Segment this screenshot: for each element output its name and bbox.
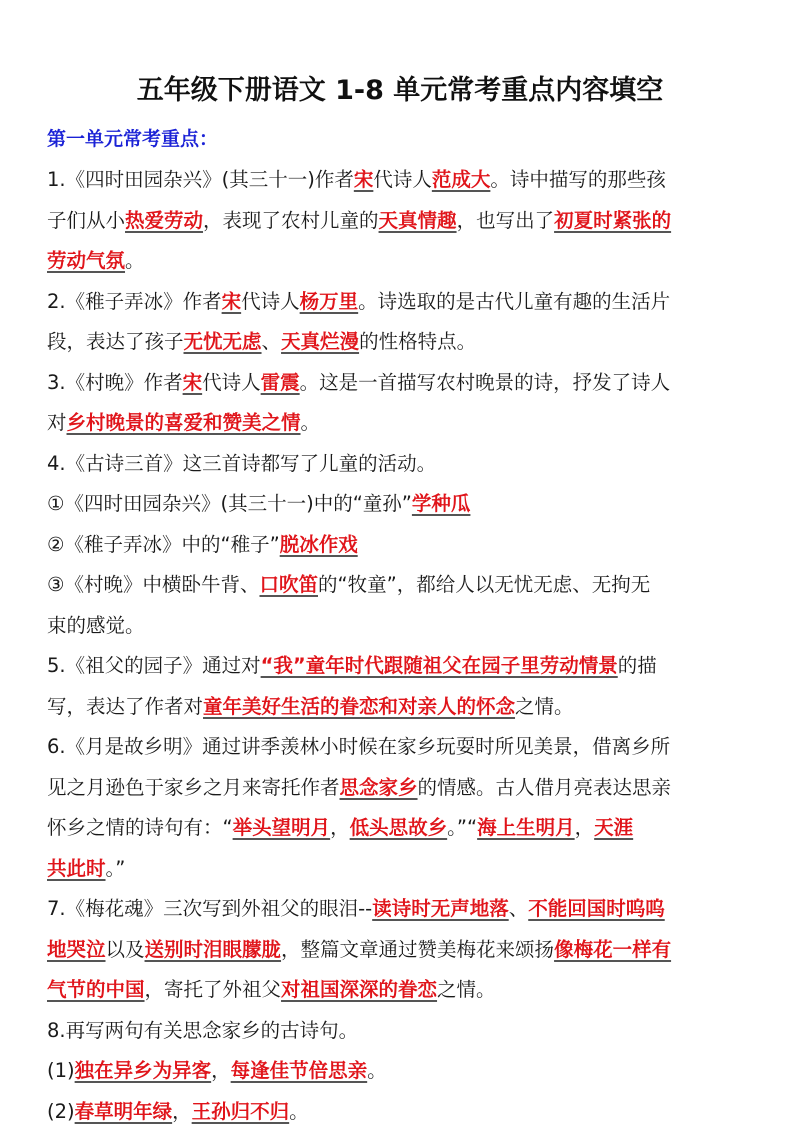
static-text: 6.《月是故乡明》通过讲季羡林小时候在家乡玩耍时所见美景，借离乡所 [47, 735, 670, 758]
static-text: 的“牧童”，都给人以无忧无虑、无拘无 [318, 573, 650, 596]
answer-blank: 天真烂漫 [281, 330, 359, 353]
static-text: 之情。 [515, 695, 574, 718]
static-text: 见之月逊色于家乡之月来寄托作者 [47, 776, 340, 799]
static-text: ， [211, 1059, 231, 1082]
answer-blank: 王孙归不归 [192, 1100, 290, 1123]
static-text: (1) [47, 1059, 75, 1082]
static-text: 1.《四时田园杂兴》(其三十一)作者 [47, 168, 354, 191]
static-text: (2) [47, 1100, 75, 1123]
text-line: 段，表达了孩子无忧无虑、天真烂漫的性格特点。 [47, 322, 757, 363]
answer-blank: 不能回国时呜呜 [528, 897, 665, 920]
answer-blank: 像梅花一样有 [554, 938, 671, 961]
static-text: 。 [289, 1100, 309, 1123]
text-line: 气节的中国，寄托了外祖父对祖国深深的眷恋之情。 [47, 970, 757, 1011]
answer-blank: 思念家乡 [340, 776, 418, 799]
text-line: ③《村晚》中横卧牛背、口吹笛的“牧童”，都给人以无忧无虑、无拘无 [47, 565, 757, 606]
static-text: ， [575, 816, 595, 839]
static-text: 8.再写两句有关思念家乡的古诗句。 [47, 1019, 358, 1042]
answer-blank: 对祖国深深的眷恋 [281, 978, 437, 1001]
answer-blank: 地哭泣 [47, 938, 106, 961]
section-heading-unit-1: 第一单元常考重点： [47, 124, 218, 151]
page-title: 五年级下册语文 1-8 单元常考重点内容填空 [0, 68, 800, 107]
text-line: 5.《祖父的园子》通过对“我”童年时代跟随祖父在园子里劳动情景的描 [47, 646, 757, 687]
static-text: 4.《古诗三首》这三首诗都写了儿童的活动。 [47, 452, 436, 475]
answer-blank: 杨万里 [300, 290, 359, 313]
answer-blank: 天真情趣 [379, 209, 457, 232]
answer-blank: 雷震 [261, 371, 300, 394]
text-line: 子们从小热爱劳动，表现了农村儿童的天真情趣，也写出了初夏时紧张的 [47, 201, 757, 242]
text-line: 8.再写两句有关思念家乡的古诗句。 [47, 1011, 757, 1052]
static-text: 子们从小 [47, 209, 125, 232]
static-text: 。”“ [447, 816, 477, 839]
static-text: ，表现了农村儿童的 [203, 209, 379, 232]
fill-in-content: 1.《四时田园杂兴》(其三十一)作者宋代诗人范成大。诗中描写的那些孩子们从小热爱… [47, 160, 757, 1131]
answer-blank: 独在异乡为异客 [75, 1059, 212, 1082]
static-text: 、 [262, 330, 282, 353]
static-text: ， [172, 1100, 192, 1123]
answer-blank: 宋 [354, 168, 374, 191]
static-text: 。” [106, 857, 126, 880]
static-text: 束的感觉。 [47, 614, 145, 637]
text-line: 7.《梅花魂》三次写到外祖父的眼泪--读诗时无声地落、不能回国时呜呜 [47, 889, 757, 930]
text-line: 见之月逊色于家乡之月来寄托作者思念家乡的情感。古人借月亮表达思亲 [47, 768, 757, 809]
answer-blank: 每逢佳节倍思亲 [231, 1059, 368, 1082]
static-text: ，寄托了外祖父 [145, 978, 282, 1001]
text-line: 3.《村晚》作者宋代诗人雷震。这是一首描写农村晚景的诗，抒发了诗人 [47, 363, 757, 404]
answer-blank: 春草明年绿 [75, 1100, 173, 1123]
static-text: 写，表达了作者对 [47, 695, 203, 718]
static-text: 、 [509, 897, 529, 920]
answer-blank: 范成大 [432, 168, 491, 191]
text-line: 怀乡之情的诗句有：“举头望明月，低头思故乡。”“海上生明月，天涯 [47, 808, 757, 849]
text-line: (2)春草明年绿，王孙归不归。 [47, 1092, 757, 1131]
static-text: 以及 [106, 938, 145, 961]
static-text: 的情感。古人借月亮表达思亲 [418, 776, 672, 799]
static-text: ②《稚子弄冰》中的“稚子” [47, 533, 280, 556]
text-line: 写，表达了作者对童年美好生活的眷恋和对亲人的怀念之情。 [47, 687, 757, 728]
static-text: 之情。 [437, 978, 496, 1001]
text-line: 2.《稚子弄冰》作者宋代诗人杨万里。诗选取的是古代儿童有趣的生活片 [47, 282, 757, 323]
text-line: 6.《月是故乡明》通过讲季羡林小时候在家乡玩耍时所见美景，借离乡所 [47, 727, 757, 768]
answer-blank: 举头望明月 [233, 816, 331, 839]
text-line: 劳动气氛。 [47, 241, 757, 282]
answer-blank: 读诗时无声地落 [372, 897, 509, 920]
static-text: 代诗人 [241, 290, 300, 313]
text-line: ①《四时田园杂兴》(其三十一)中的“童孙”学种瓜 [47, 484, 757, 525]
answer-blank: 童年美好生活的眷恋和对亲人的怀念 [203, 695, 515, 718]
answer-blank: 宋 [222, 290, 242, 313]
static-text: 代诗人 [202, 371, 261, 394]
static-text: 怀乡之情的诗句有：“ [47, 816, 233, 839]
answer-blank: 共此时 [47, 857, 106, 880]
answer-blank: 口吹笛 [259, 573, 318, 596]
answer-blank: “我”童年时代跟随祖父在园子里劳动情景 [261, 654, 618, 677]
answer-blank: 海上生明月 [477, 816, 575, 839]
answer-blank: 气节的中国 [47, 978, 145, 1001]
text-line: 对乡村晚景的喜爱和赞美之情。 [47, 403, 757, 444]
static-text: 。诗中描写的那些孩 [490, 168, 666, 191]
static-text: ，整篇文章通过赞美梅花来颂扬 [281, 938, 554, 961]
static-text: 段，表达了孩子 [47, 330, 184, 353]
static-text: 3.《村晚》作者 [47, 371, 183, 394]
static-text: 2.《稚子弄冰》作者 [47, 290, 222, 313]
answer-blank: 送别时泪眼朦胧 [145, 938, 282, 961]
static-text: 代诗人 [373, 168, 432, 191]
answer-blank: 低头思故乡 [350, 816, 448, 839]
text-line: 束的感觉。 [47, 606, 757, 647]
answer-blank: 无忧无虑 [184, 330, 262, 353]
static-text: ③《村晚》中横卧牛背、 [47, 573, 259, 596]
answer-blank: 劳动气氛 [47, 249, 125, 272]
static-text: 。诗选取的是古代儿童有趣的生活片 [358, 290, 670, 313]
static-text: 。 [125, 249, 145, 272]
document-page: 五年级下册语文 1-8 单元常考重点内容填空 第一单元常考重点： 1.《四时田园… [0, 0, 800, 1131]
text-line: 1.《四时田园杂兴》(其三十一)作者宋代诗人范成大。诗中描写的那些孩 [47, 160, 757, 201]
answer-blank: 乡村晚景的喜爱和赞美之情 [67, 411, 301, 434]
static-text: 对 [47, 411, 67, 434]
answer-blank: 宋 [183, 371, 203, 394]
text-line: 地哭泣以及送别时泪眼朦胧，整篇文章通过赞美梅花来颂扬像梅花一样有 [47, 930, 757, 971]
static-text: 。 [301, 411, 321, 434]
static-text: 的性格特点。 [359, 330, 476, 353]
answer-blank: 脱冰作戏 [280, 533, 358, 556]
text-line: ②《稚子弄冰》中的“稚子”脱冰作戏 [47, 525, 757, 566]
answer-blank: 热爱劳动 [125, 209, 203, 232]
static-text: 7.《梅花魂》三次写到外祖父的眼泪-- [47, 897, 372, 920]
answer-blank: 天涯 [594, 816, 633, 839]
text-line: 共此时。” [47, 849, 757, 890]
static-text: 的描 [618, 654, 657, 677]
answer-blank: 初夏时紧张的 [554, 209, 671, 232]
static-text: 。 [367, 1059, 387, 1082]
static-text: ， [330, 816, 350, 839]
static-text: ，也写出了 [457, 209, 555, 232]
static-text: 5.《祖父的园子》通过对 [47, 654, 261, 677]
text-line: 4.《古诗三首》这三首诗都写了儿童的活动。 [47, 444, 757, 485]
static-text: 。这是一首描写农村晚景的诗，抒发了诗人 [300, 371, 671, 394]
text-line: (1)独在异乡为异客，每逢佳节倍思亲。 [47, 1051, 757, 1092]
static-text: ①《四时田园杂兴》(其三十一)中的“童孙” [47, 492, 412, 515]
answer-blank: 学种瓜 [412, 492, 471, 515]
